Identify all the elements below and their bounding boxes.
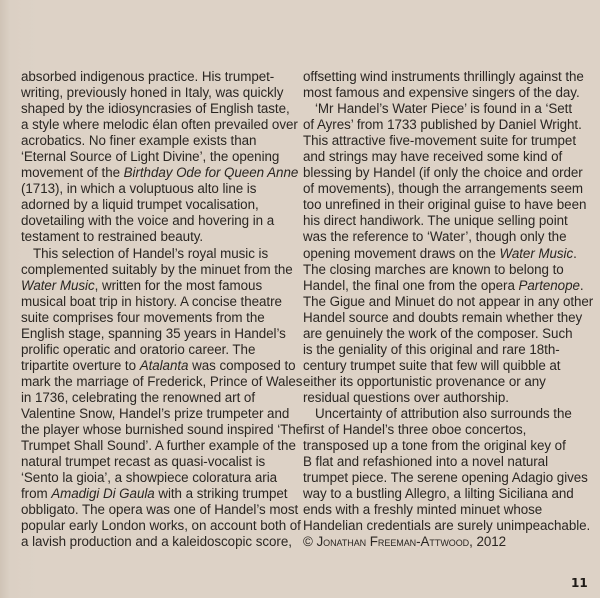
text-run: are genuinely the work of the composer. …	[303, 326, 573, 341]
text-line: testament to restrained beauty.	[21, 229, 291, 245]
text-line: mark the marriage of Frederick, Prince o…	[21, 374, 291, 390]
text-line: English stage, spanning 35 years in Hand…	[21, 326, 291, 342]
text-run: (1713), in which a voluptuous alto line …	[21, 181, 256, 196]
text-line: in 1736, celebrating the renowned art of	[21, 390, 291, 406]
text-line: either its opportunistic provenance or a…	[303, 374, 583, 390]
text-line: prolific operatic and oratorio career. T…	[21, 342, 291, 358]
text-run: transposed up a tone from the original k…	[303, 438, 566, 453]
text-run: century trumpet suite that few will quib…	[303, 358, 560, 373]
text-line: suite comprises four movements from the	[21, 310, 291, 326]
text-run: was the reference to ‘Water’, though onl…	[303, 229, 566, 244]
text-line: a style where melodic élan often prevail…	[21, 117, 291, 133]
text-line: first of Handel’s three oboe concertos,	[303, 422, 583, 438]
text-line: The Gigue and Minuet do not appear in an…	[303, 294, 583, 310]
text-run: a lavish production and a kaleidoscopic …	[21, 534, 292, 549]
text-line: popular early London works, on account b…	[21, 518, 291, 534]
text-run: adorned by a liquid trumpet vocalisation…	[21, 197, 259, 212]
text-run: his direct handiwork. The unique selling…	[303, 213, 568, 228]
text-line: Valentine Snow, Handel’s prize trumpeter…	[21, 406, 291, 422]
text-run: absorbed indigenous practice. His trumpe…	[21, 69, 274, 84]
text-line: © Jonathan Freeman-Attwood, 2012	[303, 534, 583, 550]
text-line: (1713), in which a voluptuous alto line …	[21, 181, 291, 197]
text-line: of Ayres’ from 1733 published by Daniel …	[303, 117, 583, 133]
text-line: too unrefined in their original guise to…	[303, 197, 583, 213]
text-run: either its opportunistic provenance or a…	[303, 374, 546, 389]
text-run: .	[573, 246, 577, 261]
text-line: ‘Sento la gioia’, a showpiece coloratura…	[21, 470, 291, 486]
text-run: Handel source and doubts remain whether …	[303, 310, 582, 325]
text-line: B flat and refashioned into a novel natu…	[303, 454, 583, 470]
text-run: tripartite overture to	[21, 358, 140, 373]
text-line: Trumpet Shall Sound’. A further example …	[21, 438, 291, 454]
text-line: natural trumpet recast as quasi-vocalist…	[21, 454, 291, 470]
text-line: ‘Eternal Source of Light Divine’, the op…	[21, 149, 291, 165]
text-line: writing, previously honed in Italy, was …	[21, 85, 291, 101]
text-run: way to a bustling Allegro, a lilting Sic…	[303, 486, 574, 501]
text-run: Uncertainty of attribution also surround…	[315, 406, 572, 421]
text-run: obbligato. The opera was one of Handel’s…	[21, 502, 298, 517]
text-run: trumpet piece. The serene opening Adagio…	[303, 470, 588, 485]
text-line: shaped by the idiosyncrasies of English …	[21, 101, 291, 117]
text-run: , 2012	[469, 534, 506, 549]
text-line: a lavish production and a kaleidoscopic …	[21, 534, 291, 550]
text-line: Uncertainty of attribution also surround…	[303, 406, 583, 422]
italic-title: Amadigi Di Gaula	[51, 486, 154, 501]
text-run: Valentine Snow, Handel’s prize trumpeter…	[21, 406, 289, 421]
text-line: century trumpet suite that few will quib…	[303, 358, 583, 374]
text-run: first of Handel’s three oboe concertos,	[303, 422, 526, 437]
text-line: of movements), though the arrangements s…	[303, 181, 583, 197]
author-credit: Jonathan Freeman-Attwood	[317, 534, 470, 549]
text-run: prolific operatic and oratorio career. T…	[21, 342, 255, 357]
text-line: from Amadigi Di Gaula with a striking tr…	[21, 486, 291, 502]
text-line: dovetailing with the voice and hovering …	[21, 213, 291, 229]
text-line: the player whose burnished sound inspire…	[21, 422, 291, 438]
text-run: residual questions over authorship.	[303, 390, 509, 405]
text-line: Handelian credentials are surely unimpea…	[303, 518, 583, 534]
italic-title: Water Music	[21, 278, 95, 293]
text-line: transposed up a tone from the original k…	[303, 438, 583, 454]
text-run: natural trumpet recast as quasi-vocalist…	[21, 454, 265, 469]
text-line: ends with a freshly minted minuet whose	[303, 502, 583, 518]
text-run: a style where melodic élan often prevail…	[21, 117, 298, 132]
text-run: movement of the	[21, 165, 124, 180]
left-text-column: absorbed indigenous practice. His trumpe…	[21, 69, 291, 550]
text-run: musical boat trip in history. A concise …	[21, 294, 282, 309]
text-line: ‘Mr Handel’s Water Piece’ is found in a …	[303, 101, 583, 117]
text-run: of movements), though the arrangements s…	[303, 181, 583, 196]
text-run: mark the marriage of Frederick, Prince o…	[21, 374, 302, 389]
text-run: This attractive five-movement suite for …	[303, 133, 576, 148]
text-run: Trumpet Shall Sound’. A further example …	[21, 438, 296, 453]
text-run: ‘Eternal Source of Light Divine’, the op…	[21, 149, 279, 164]
text-run: shaped by the idiosyncrasies of English …	[21, 101, 290, 116]
text-run: acrobatics. No finer example exists than	[21, 133, 256, 148]
text-run: and strings may have received some kind …	[303, 149, 562, 164]
text-run: the player whose burnished sound inspire…	[21, 422, 303, 437]
italic-title: Birthday Ode for Queen Anne	[124, 165, 299, 180]
text-run: popular early London works, on account b…	[21, 518, 301, 533]
booklet-page: absorbed indigenous practice. His trumpe…	[0, 0, 600, 598]
text-line: The closing marches are known to belong …	[303, 262, 583, 278]
text-run: too unrefined in their original guise to…	[303, 197, 586, 212]
text-line: is the geniality of this original and ra…	[303, 342, 583, 358]
text-run: .	[580, 278, 584, 293]
text-line: and strings may have received some kind …	[303, 149, 583, 165]
text-run: from	[21, 486, 51, 501]
text-line: movement of the Birthday Ode for Queen A…	[21, 165, 291, 181]
text-run: blessing by Handel (if only the choice a…	[303, 165, 583, 180]
text-line: adorned by a liquid trumpet vocalisation…	[21, 197, 291, 213]
text-run: English stage, spanning 35 years in Hand…	[21, 326, 286, 341]
italic-title: Atalanta	[140, 358, 189, 373]
text-line: Handel source and doubts remain whether …	[303, 310, 583, 326]
text-line: musical boat trip in history. A concise …	[21, 294, 291, 310]
text-line: obbligato. The opera was one of Handel’s…	[21, 502, 291, 518]
text-line: complemented suitably by the minuet from…	[21, 262, 291, 278]
text-run: of Ayres’ from 1733 published by Daniel …	[303, 117, 582, 132]
text-line: opening movement draws on the Water Musi…	[303, 246, 583, 262]
text-run: testament to restrained beauty.	[21, 229, 203, 244]
text-run: in 1736, celebrating the renowned art of	[21, 390, 255, 405]
text-line: This attractive five-movement suite for …	[303, 133, 583, 149]
text-line: offsetting wind instruments thrillingly …	[303, 69, 583, 85]
text-line: was the reference to ‘Water’, though onl…	[303, 229, 583, 245]
text-run: The closing marches are known to belong …	[303, 262, 564, 277]
text-run: , written for the most famous	[95, 278, 262, 293]
text-line: Water Music, written for the most famous	[21, 278, 291, 294]
text-run: Handel, the final one from the opera	[303, 278, 519, 293]
text-line: trumpet piece. The serene opening Adagio…	[303, 470, 583, 486]
text-line: This selection of Handel’s royal music i…	[21, 246, 291, 262]
text-run: writing, previously honed in Italy, was …	[21, 85, 283, 100]
text-run: ends with a freshly minted minuet whose	[303, 502, 542, 517]
text-line: residual questions over authorship.	[303, 390, 583, 406]
right-text-column: offsetting wind instruments thrillingly …	[303, 69, 583, 550]
text-line: Handel, the final one from the opera Par…	[303, 278, 583, 294]
text-run: most famous and expensive singers of the…	[303, 85, 580, 100]
text-line: his direct handiwork. The unique selling…	[303, 213, 583, 229]
text-run: was composed to	[188, 358, 295, 373]
text-run: offsetting wind instruments thrillingly …	[303, 69, 584, 84]
text-run: ©	[303, 534, 317, 549]
text-line: way to a bustling Allegro, a lilting Sic…	[303, 486, 583, 502]
text-run: complemented suitably by the minuet from…	[21, 262, 293, 277]
text-run: dovetailing with the voice and hovering …	[21, 213, 274, 228]
text-run: ‘Mr Handel’s Water Piece’ is found in a …	[315, 101, 572, 116]
text-line: blessing by Handel (if only the choice a…	[303, 165, 583, 181]
text-line: most famous and expensive singers of the…	[303, 85, 583, 101]
text-run: Handelian credentials are surely unimpea…	[303, 518, 590, 533]
text-run: ‘Sento la gioia’, a showpiece coloratura…	[21, 470, 277, 485]
text-line: tripartite overture to Atalanta was comp…	[21, 358, 291, 374]
text-run: The Gigue and Minuet do not appear in an…	[303, 294, 593, 309]
page-number: 11	[571, 576, 588, 590]
text-run: is the geniality of this original and ra…	[303, 342, 560, 357]
italic-title: Partenope	[519, 278, 580, 293]
italic-title: Water Music	[500, 246, 574, 261]
text-line: are genuinely the work of the composer. …	[303, 326, 583, 342]
text-run: with a striking trumpet	[155, 486, 288, 501]
text-line: acrobatics. No finer example exists than	[21, 133, 291, 149]
text-run: suite comprises four movements from the	[21, 310, 265, 325]
text-run: This selection of Handel’s royal music i…	[33, 246, 268, 261]
text-line: absorbed indigenous practice. His trumpe…	[21, 69, 291, 85]
text-run: B flat and refashioned into a novel natu…	[303, 454, 548, 469]
text-run: opening movement draws on the	[303, 246, 500, 261]
